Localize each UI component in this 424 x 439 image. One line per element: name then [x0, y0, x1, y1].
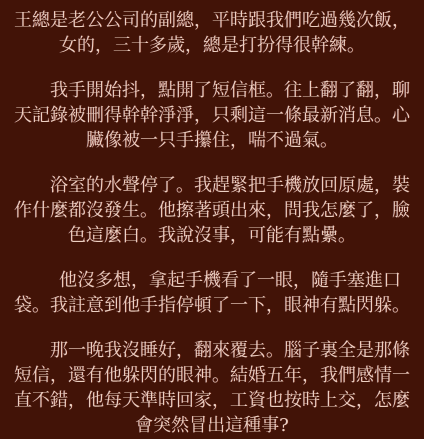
- paragraph-3: 浴室的水聲停了。我趕緊把手機放回原處，裝作什麼都沒發生。他擦著頭出來，問我怎麼了…: [10, 173, 414, 248]
- paragraph-1: 王總是老公公司的副總，平時跟我們吃過幾次飯，女的，三十多歲，總是打扮得很幹練。: [10, 8, 414, 58]
- paragraph-5: 那一晚我沒睡好，翻來覆去。腦子裏全是那條短信，還有他躲閃的眼神。結婚五年，我們感…: [10, 338, 414, 438]
- paragraph-4: 他沒多想，拿起手機看了一眼，隨手塞進口袋。我註意到他手指停頓了一下，眼神有點閃躲…: [10, 268, 414, 318]
- paragraph-2: 我手開始抖，點開了短信框。往上翻了翻，聊天記錄被刪得幹幹淨淨，只剩這一條最新消息…: [10, 78, 414, 153]
- novel-reader-page: 王總是老公公司的副總，平時跟我們吃過幾次飯，女的，三十多歲，總是打扮得很幹練。 …: [0, 0, 424, 439]
